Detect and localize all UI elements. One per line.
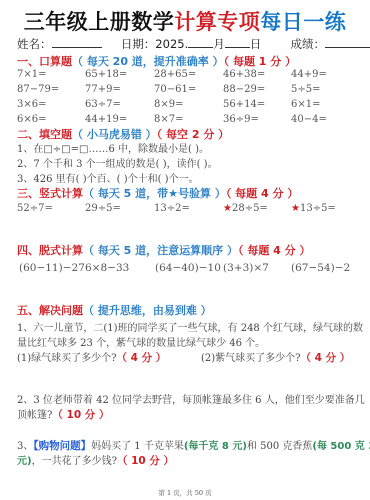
problem: 44+19= (85, 114, 127, 126)
month-label: 月 (213, 37, 225, 51)
problem: (64−40)−10 (155, 262, 221, 274)
problem-1-question-1: (1)绿气球买了多少个?（ 4 分 ） (17, 352, 166, 365)
section-note: （ 每天 5 道，注意运算顺序 ） (83, 244, 238, 257)
question-text: (2)紫气球买了多少个? (201, 353, 301, 364)
problem-1-question-2: (2)紫气球买了多少个?（ 4 分 ） (201, 352, 350, 365)
problem-3-line-2: 元)，一共花了多少钱?（ 10 分 ） (17, 455, 174, 468)
day-label: 日 (250, 37, 262, 51)
fill-blank-item-1: 1、在□÷□=□……6 中，除数最小是( )。 (17, 143, 209, 156)
month-field[interactable] (188, 36, 213, 48)
problem: 56+14= (223, 99, 265, 111)
problem: 52÷7= (17, 203, 53, 215)
question-text: (1)绿气球买了多少个? (17, 353, 117, 364)
score-mark: （ 4 分 ） (301, 352, 351, 364)
problem-text: 28÷5= (232, 203, 268, 214)
problem-text: 和 500 克香蕉 (247, 441, 312, 452)
section-score: （ 每空 2 分 ） (157, 128, 229, 141)
problem: 87−79= (17, 84, 59, 96)
page-footer: 第 1 页，共 50 页 (0, 488, 370, 497)
problem-text: 13÷2= (154, 203, 190, 214)
fill-blank-item-2: 2、7 个千和 3 个一组成的数是( )，读作( )。 (17, 158, 218, 171)
problem: (60−11)−27 (19, 262, 85, 274)
problem-text: 13÷5= (300, 203, 336, 214)
problem-text: 妈妈买了 1 千克苹果 (91, 441, 184, 452)
question-text: 顶帐篷? (17, 410, 52, 421)
score-label: 成绩： (291, 37, 326, 51)
problem-2-line-1: 2、3 位老师带着 42 位同学去野营，每顶帐篷最多住 6 人，他们至少要准备几 (17, 394, 365, 407)
problem: (67−54)−2 (291, 262, 350, 274)
star-icon: ★ (291, 203, 300, 214)
problem-3-line-1: 3、【购物问题】妈妈买了 1 千克苹果(每千克 8 元)和 500 克香蕉(每 … (17, 440, 370, 453)
problem-tag: 【购物问题】 (33, 440, 91, 452)
problem: ★28÷5= (223, 203, 268, 215)
fill-blank-item-3: 3、426 里有( )个百、( )个十和( )个一。 (17, 173, 199, 186)
problem: 36÷9= (223, 114, 259, 126)
problem: 40−4= (291, 114, 327, 126)
problem: 29÷5= (85, 203, 121, 215)
title-daily: 每日一练 (260, 10, 346, 34)
star-icon: ★ (223, 203, 232, 214)
student-info-row: 姓名： 日期：2025.月日 成绩： (17, 36, 370, 51)
section-heading-oral: 一、口算题（ 每天 20 道，提升准确率 ）（ 每题 1 分 ） (17, 55, 296, 69)
day-field[interactable] (225, 36, 250, 48)
problem: 13÷2= (154, 203, 190, 215)
problem: 70−61= (154, 84, 196, 96)
problem-1-line-1: 1、六一儿童节，二(1)班的同学买了一些气球，有 248 个红气球，绿气球的数 (17, 322, 363, 335)
section-heading-vertical: 三、竖式计算（ 每天 5 道，带★号验算 ）（ 每题 4 分 ） (17, 187, 298, 201)
problem-number: 3、 (17, 441, 33, 452)
section-note: （ 提升思维，由易到难 ） (83, 304, 212, 317)
problem: 63÷7= (85, 99, 121, 111)
section-score: （ 每题 1 分 ） (224, 55, 296, 68)
section-title: 四、脱式计算 (17, 244, 83, 257)
problem: ★13÷5= (291, 203, 336, 215)
score-mark: （ 4 分 ） (117, 352, 167, 364)
title-topic: 计算专项 (174, 10, 260, 34)
problem: 44+9= (291, 69, 327, 81)
price-hint: (每千克 8 元) (184, 441, 247, 452)
section-note: （ 每天 20 道，提升准确率 ） (72, 55, 224, 68)
section-heading-fill-blank: 二、填空题（ 小马虎易错 ）（ 每空 2 分 ） (17, 128, 229, 142)
problem-text: ，一共花了多少钱? (32, 456, 117, 467)
problem: 7×1= (17, 69, 46, 81)
title-grade: 三年级上册数学 (24, 10, 175, 34)
problem: 8×7= (154, 114, 183, 126)
section-title: 二、填空题 (17, 128, 72, 141)
section-title: 一、口算题 (17, 55, 72, 68)
problem-text: 52÷7= (17, 203, 53, 214)
section-heading-stepwise: 四、脱式计算（ 每天 5 道，注意运算顺序 ）（ 每题 4 分 ） (17, 244, 310, 258)
problem: 6×8−33 (85, 262, 129, 274)
section-note: （ 每天 5 道，带★号验算 ） (83, 187, 226, 200)
problem: 8×9= (154, 99, 183, 111)
problem: 6×1= (291, 99, 320, 111)
problem: 88−29= (223, 84, 265, 96)
score-mark: （ 10 分 ） (117, 455, 174, 467)
problem: 46+38= (223, 69, 265, 81)
problem: 77+9= (85, 84, 121, 96)
section-note: （ 小马虎易错 ） (72, 128, 157, 141)
date-label: 日期：2025. (121, 37, 188, 51)
problem: 3×6= (17, 99, 46, 111)
worksheet-title: 三年级上册数学计算专项每日一练 (0, 10, 370, 34)
problem-2-line-2: 顶帐篷?（ 10 分 ） (17, 409, 109, 422)
problem: (3+3)×7 (223, 262, 269, 274)
section-title: 三、竖式计算 (17, 187, 83, 200)
price-hint: 元) (17, 456, 32, 467)
problem-text: 29÷5= (85, 203, 121, 214)
problem: 65+18= (85, 69, 127, 81)
score-field[interactable] (325, 36, 370, 48)
problem: 5÷5= (291, 84, 320, 96)
section-heading-word-problems: 五、解决问题（ 提升思维，由易到难 ） (17, 304, 212, 318)
score-mark: （ 10 分 ） (52, 409, 109, 421)
section-score: （ 每题 4 分 ） (238, 244, 310, 257)
problem: 6×6= (17, 114, 46, 126)
price-hint: (每 500 克 3 (312, 441, 370, 452)
section-score: （ 每题 4 分 ） (226, 187, 298, 200)
problem: 28+65= (154, 69, 196, 81)
name-label: 姓名： (17, 37, 52, 51)
name-field[interactable] (52, 36, 102, 48)
section-title: 五、解决问题 (17, 304, 83, 317)
problem-1-line-2: 量比红气球多 23 个，紫气球的数量比绿气球少 46 个。 (17, 337, 265, 350)
